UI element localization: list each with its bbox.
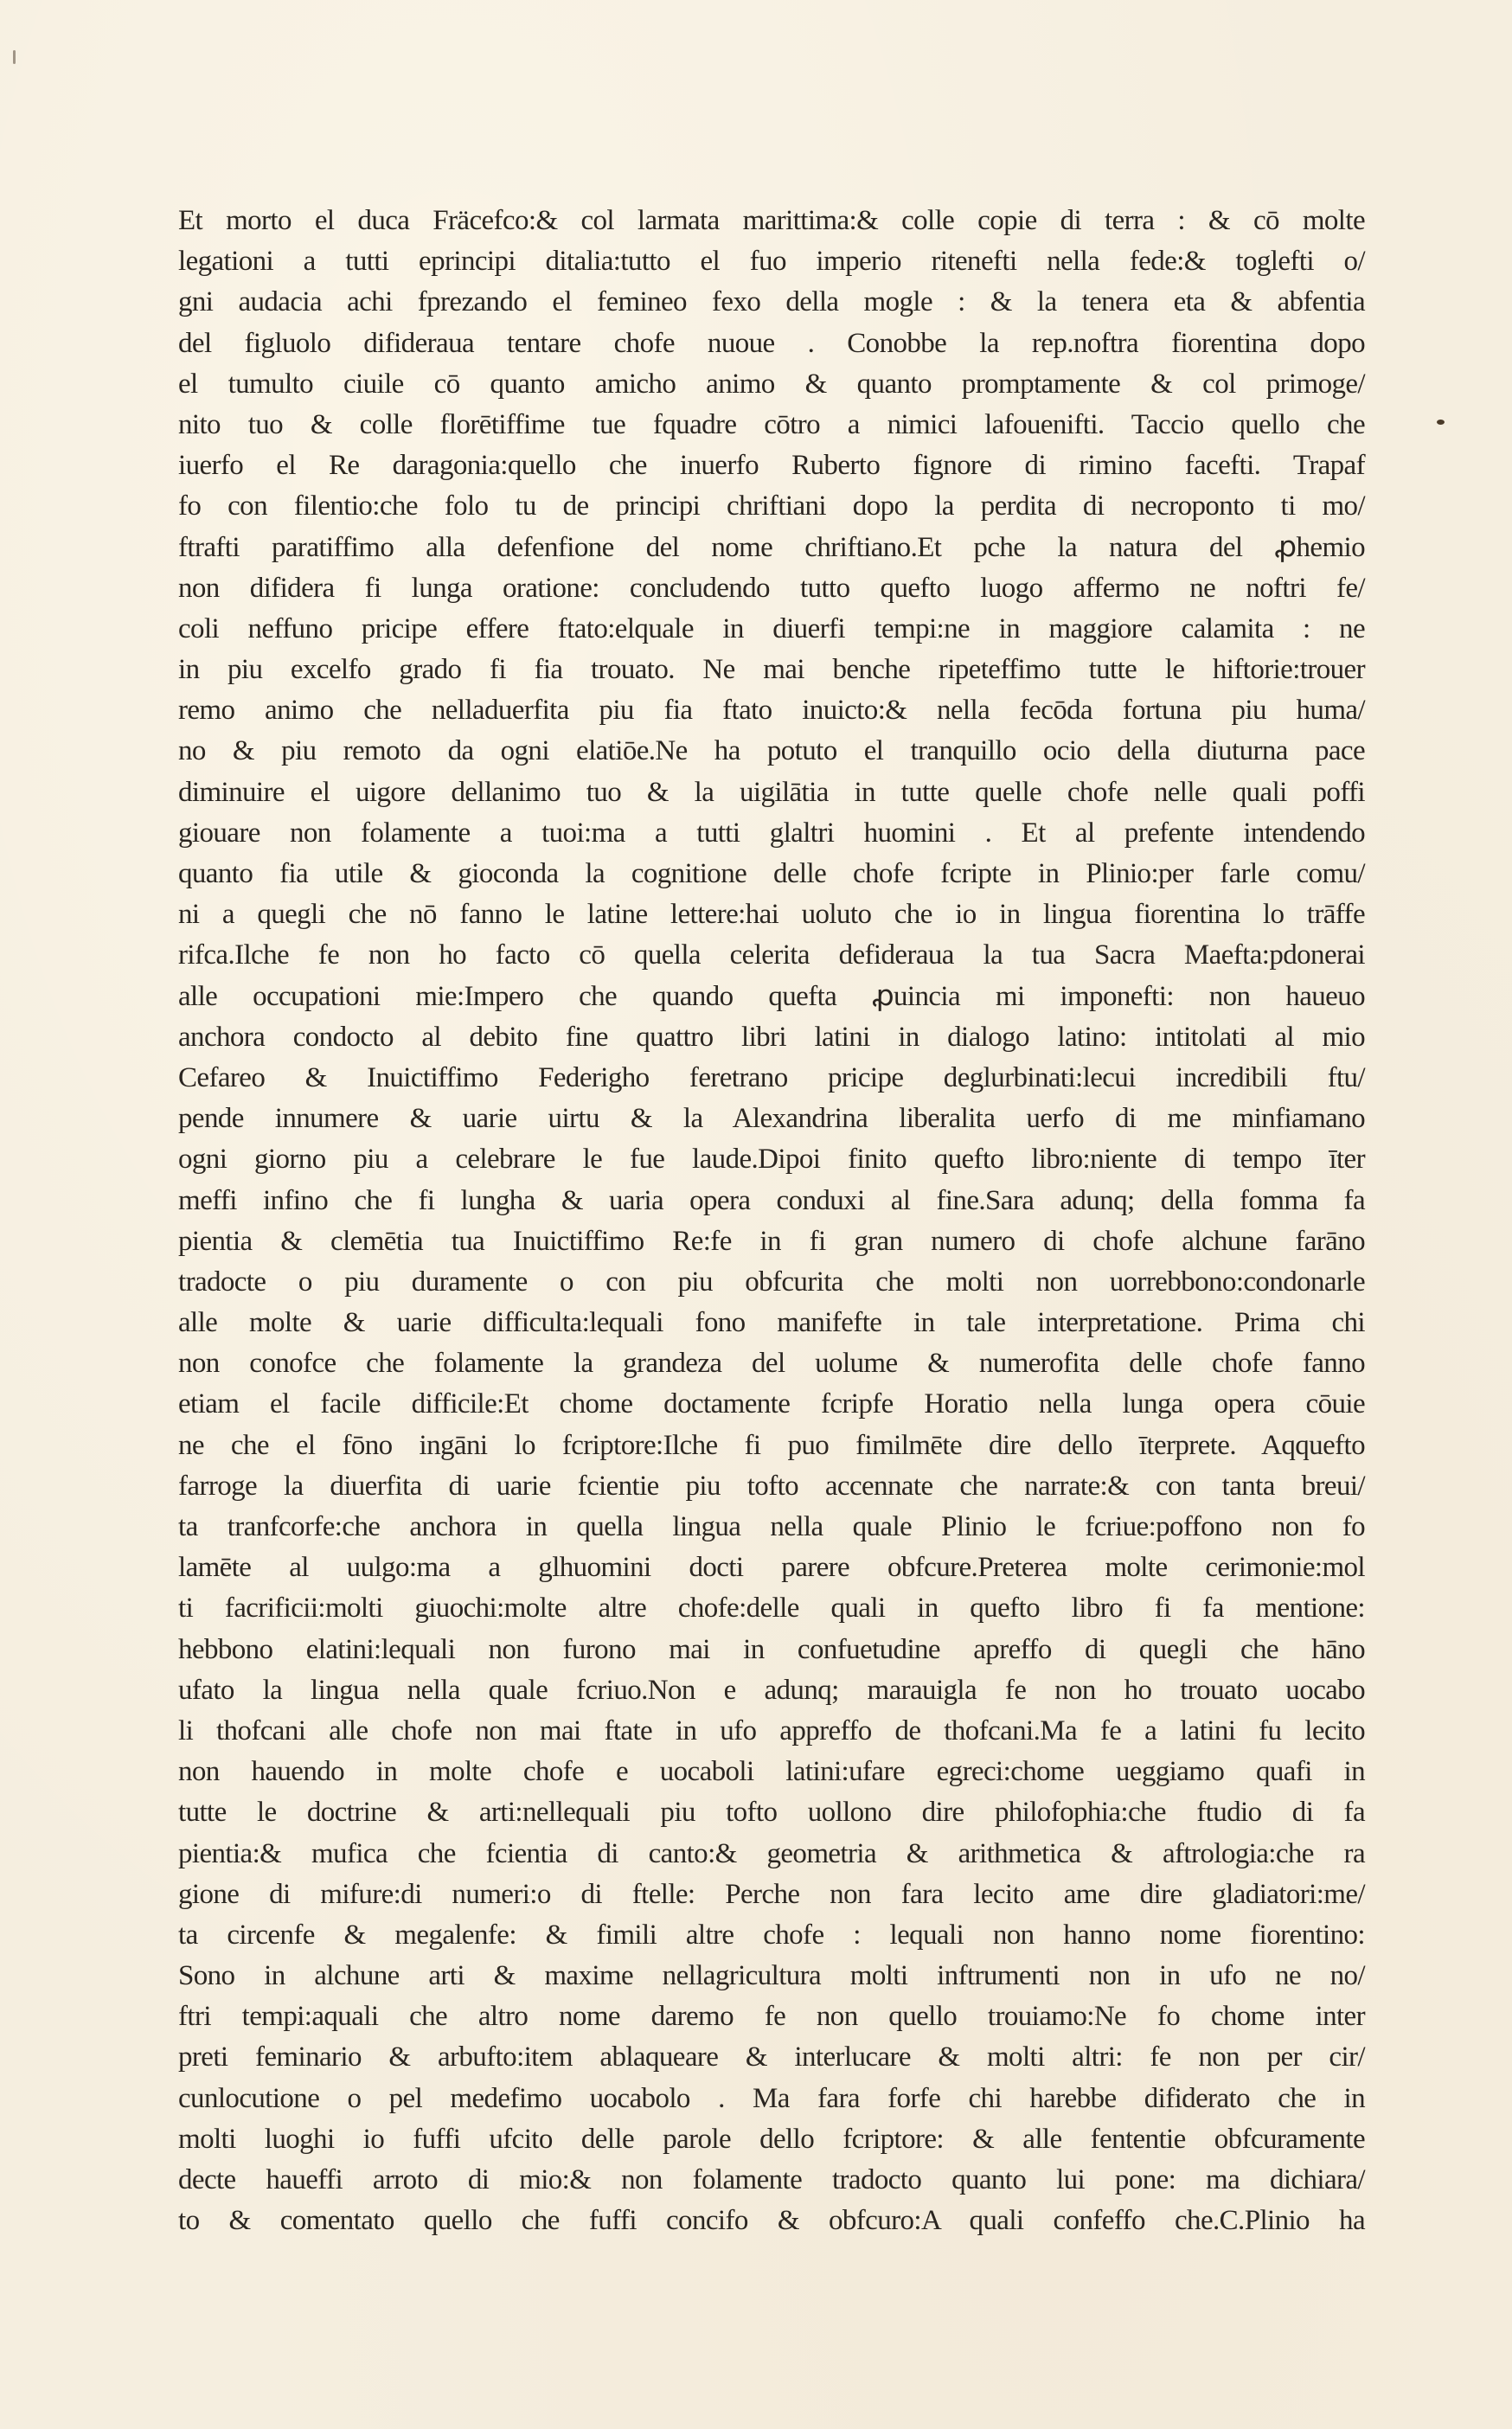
text-line: decte haueffi arroto di mio:& non folame… [178,2160,1365,2201]
text-line: in piu excelfo grado fi fia trouato. Ne … [178,650,1365,690]
text-line: ftri tempi:aquali che altro nome daremo … [178,1996,1365,2037]
text-line: tutte le doctrine & arti:nellequali piu … [178,1792,1365,1833]
text-line: del figluolo difideraua tentare chofe nu… [178,324,1365,364]
text-line: preti feminario & arbufto:item ablaquear… [178,2037,1365,2078]
text-line: non hauendo in molte chofe e uocaboli la… [178,1752,1365,1792]
text-line: li thofcani alle chofe non mai ftate in … [178,1711,1365,1752]
text-line: iuerfo el Re daragonia:quello che inuerf… [178,445,1365,486]
text-line: no & piu remoto da ogni elatiōe.Ne ha po… [178,731,1365,772]
margin-ink-dot [1437,420,1445,425]
text-block: Et morto el duca Fräcefco:& col larmata … [178,201,1365,2241]
text-line: pende innumere & uarie uirtu & la Alexan… [178,1099,1365,1139]
text-line: giouare non folamente a tuoi:ma a tutti … [178,813,1365,854]
text-line: pientia:& mufica che fcientia di canto:&… [178,1834,1365,1875]
text-line: ta tranfcorfe:che anchora in quella ling… [178,1507,1365,1548]
text-line: etiam el facile difficile:Et chome docta… [178,1384,1365,1425]
text-line: anchora condocto al debito fine quattro … [178,1017,1365,1058]
text-line: ta circenfe & megalenfe: & fimili altre … [178,1915,1365,1956]
text-line: quanto fia utile & gioconda la cognition… [178,854,1365,894]
margin-tick-mark [13,50,16,64]
text-line: rifca.Ilche fe non ho facto cō quella ce… [178,935,1365,976]
text-line: legationi a tutti eprincipi ditalia:tutt… [178,241,1365,282]
text-line: coli neffuno pricipe effere ftato:elqual… [178,609,1365,650]
text-line: non difidera fi lunga oratione: conclude… [178,568,1365,609]
text-line: el tumulto ciuile cō quanto amicho animo… [178,364,1365,405]
text-line: Et morto el duca Fräcefco:& col larmata … [178,201,1365,241]
text-line: farroge la diuerfita di uarie fcientie p… [178,1466,1365,1507]
text-line: alle molte & uarie difficulta:lequali fo… [178,1303,1365,1343]
text-line: to & comentato quello che fuffi concifo … [178,2201,1365,2241]
text-line: molti luoghi io fuffi ufcito delle parol… [178,2119,1365,2160]
text-line: non conofce che folamente la grandeza de… [178,1343,1365,1384]
text-line: ufato la lingua nella quale fcriuo.Non e… [178,1670,1365,1711]
text-line: nito tuo & colle florētiffime tue fquadr… [178,405,1365,445]
text-line: lamēte al uulgo:ma a glhuomini docti par… [178,1548,1365,1588]
text-line: hebbono elatini:lequali non furono mai i… [178,1630,1365,1670]
text-line: gni audacia achi fprezando el femineo fe… [178,282,1365,323]
text-line: tradocte o piu duramente o con piu obfcu… [178,1262,1365,1303]
text-line: meffi infino che fi lungha & uaria opera… [178,1181,1365,1221]
book-page: Et morto el duca Fräcefco:& col larmata … [0,0,1512,2429]
text-line: Cefareo & Inuictiffimo Federigho feretra… [178,1058,1365,1099]
text-line: ftrafti paratiffimo alla defenfione del … [178,528,1365,568]
text-line: ti facrificii:molti giuochi:molte altre … [178,1588,1365,1629]
text-line: Sono in alchune arti & maxime nellagricu… [178,1956,1365,1996]
text-line: pientia & clemētia tua Inuictiffimo Re:f… [178,1221,1365,1262]
text-line: diminuire el uigore dellanimo tuo & la u… [178,772,1365,813]
text-line: gione di mifure:di numeri:o di ftelle: P… [178,1875,1365,1915]
text-line: fo con filentio:che folo tu de principi … [178,486,1365,527]
text-line: ni a quegli che nō fanno le latine lette… [178,894,1365,935]
text-line: cunlocutione o pel medefimo uocabolo . M… [178,2079,1365,2119]
text-line: ogni giorno piu a celebrare le fue laude… [178,1139,1365,1180]
text-line: ne che el fōno ingāni lo fcriptore:Ilche… [178,1426,1365,1466]
text-line: remo animo che nelladuerfita piu fia fta… [178,690,1365,731]
text-line: alle occupationi mie:Impero che quando q… [178,977,1365,1017]
